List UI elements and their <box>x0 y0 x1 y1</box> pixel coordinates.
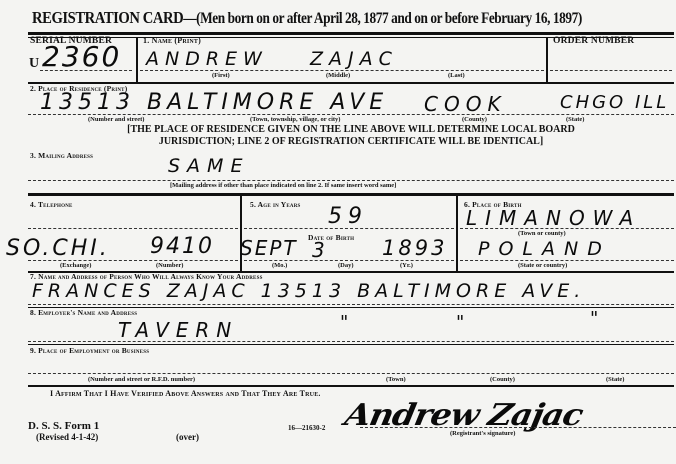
contact-person-underline <box>28 304 674 305</box>
name-label: 1. Name (Print) <box>143 36 201 45</box>
employer-ditto-3: " <box>590 308 604 329</box>
residence-notice: [THE PLACE OF RESIDENCE GIVEN ON THE LIN… <box>28 124 674 148</box>
over-note: (over) <box>176 432 199 442</box>
mailing-address-value: SAME <box>168 155 249 177</box>
name-first-value: ANDREW <box>146 48 268 70</box>
residence-county-value: COOK <box>424 92 507 116</box>
affirmation-text: I Affirm That I Have Verified Above Answ… <box>50 389 321 398</box>
employment-place-underline <box>28 373 674 374</box>
residence-county-caption: (County) <box>462 116 487 123</box>
residence-street-value: 13513 BALTIMORE AVE <box>40 90 388 115</box>
birthplace-country-underline <box>460 260 674 261</box>
birthplace-country-value: POLAND <box>478 238 611 260</box>
print-code: 16—21630-2 <box>288 424 325 432</box>
residence-state-caption: (State) <box>566 116 584 123</box>
employment-state-caption: (State) <box>606 376 624 383</box>
residence-underline <box>28 114 674 115</box>
name-last-caption: (Last) <box>448 72 465 79</box>
telephone-exchange-caption: (Exchange) <box>60 262 91 269</box>
birth-day-value: 3 <box>312 238 331 262</box>
employer-label: 8. Employer's Name and Address <box>30 308 137 317</box>
dob-underline <box>244 260 454 261</box>
telephone-top-dotline <box>28 228 238 229</box>
residence-town-caption: (Town, township, village, or city) <box>250 116 340 123</box>
employment-street-caption: (Number and street or R.F.D. number) <box>88 376 195 383</box>
signature-caption: (Registrant's signature) <box>450 430 515 437</box>
employment-place-label: 9. Place of Employment or Business <box>30 346 149 355</box>
birthplace-town-underline <box>460 228 674 229</box>
employer-name-value: TAVERN <box>118 318 238 342</box>
birthplace-country-caption: (State or country) <box>518 262 567 269</box>
mailing-underline <box>28 180 674 181</box>
card-title-main: REGISTRATION CARD <box>32 8 183 27</box>
divider-age-birthplace <box>456 196 458 272</box>
signature-underline <box>360 427 676 428</box>
serial-underline <box>40 70 132 71</box>
age-underline <box>244 228 454 229</box>
age-value: 59 <box>328 204 368 229</box>
order-number-label: ORDER NUMBER <box>553 36 634 46</box>
employer-ditto-1: " <box>340 312 354 333</box>
telephone-number-caption: (Number) <box>156 262 183 269</box>
top-rule <box>28 32 674 35</box>
employment-town-caption: (Town) <box>386 376 406 383</box>
divider-serial-name <box>136 38 138 82</box>
name-underline <box>140 70 544 71</box>
card-title: REGISTRATION CARD—(Men born on or after … <box>32 8 582 28</box>
employer-underline <box>28 341 674 342</box>
form-id: D. S. S. Form 1 <box>28 420 99 432</box>
telephone-underline <box>28 260 238 261</box>
mailing-caption: [Mailing address if other than place ind… <box>170 182 396 189</box>
birth-year-value: 1893 <box>382 236 447 260</box>
residence-state-value: CHGO ILL <box>560 92 669 113</box>
card-title-subtitle: —(Men born on or after April 28, 1877 an… <box>183 10 582 27</box>
residence-notice-line2: JURISDICTION; LINE 2 OF REGISTRATION CER… <box>28 136 674 148</box>
residence-notice-line1: [THE PLACE OF RESIDENCE GIVEN ON THE LIN… <box>28 124 674 136</box>
form-revised: (Revised 4-1-42) <box>36 432 98 442</box>
age-label: 5. Age in Years <box>250 200 301 209</box>
employment-county-caption: (County) <box>490 376 515 383</box>
telephone-number-value: 9410 <box>150 234 214 259</box>
serial-number-value: 2360 <box>42 40 121 73</box>
employer-ditto-2: " <box>456 312 470 333</box>
name-middle-caption: (Middle) <box>326 72 350 79</box>
contact-person-value: FRANCES ZAJAC 13513 BALTIMORE AVE. <box>32 280 585 302</box>
birth-day-caption: (Day) <box>338 262 354 269</box>
order-number-underline <box>550 70 672 71</box>
divider-name-order <box>546 38 548 82</box>
birth-year-caption: (Yr.) <box>400 262 413 269</box>
name-last-value: ZAJAC <box>310 48 398 70</box>
birth-month-value: SEPT <box>240 236 298 260</box>
serial-prefix: U <box>29 56 39 72</box>
divider-phone-age <box>240 196 242 272</box>
mailing-address-label: 3. Mailing Address <box>30 151 93 160</box>
name-first-caption: (First) <box>212 72 230 79</box>
birthplace-town-caption: (Town or county) <box>518 230 566 237</box>
row9-bottom-rule <box>28 385 674 387</box>
birthplace-town-value: LIMANOWA <box>466 206 641 230</box>
telephone-label: 4. Telephone <box>30 200 73 209</box>
telephone-exchange-value: SO.CHI. <box>6 236 110 261</box>
birth-month-caption: (Mo.) <box>272 262 287 269</box>
row8-bottom-rule <box>28 344 674 345</box>
row3-bottom-rule <box>28 193 674 196</box>
residence-street-caption: (Number and street) <box>88 116 144 123</box>
